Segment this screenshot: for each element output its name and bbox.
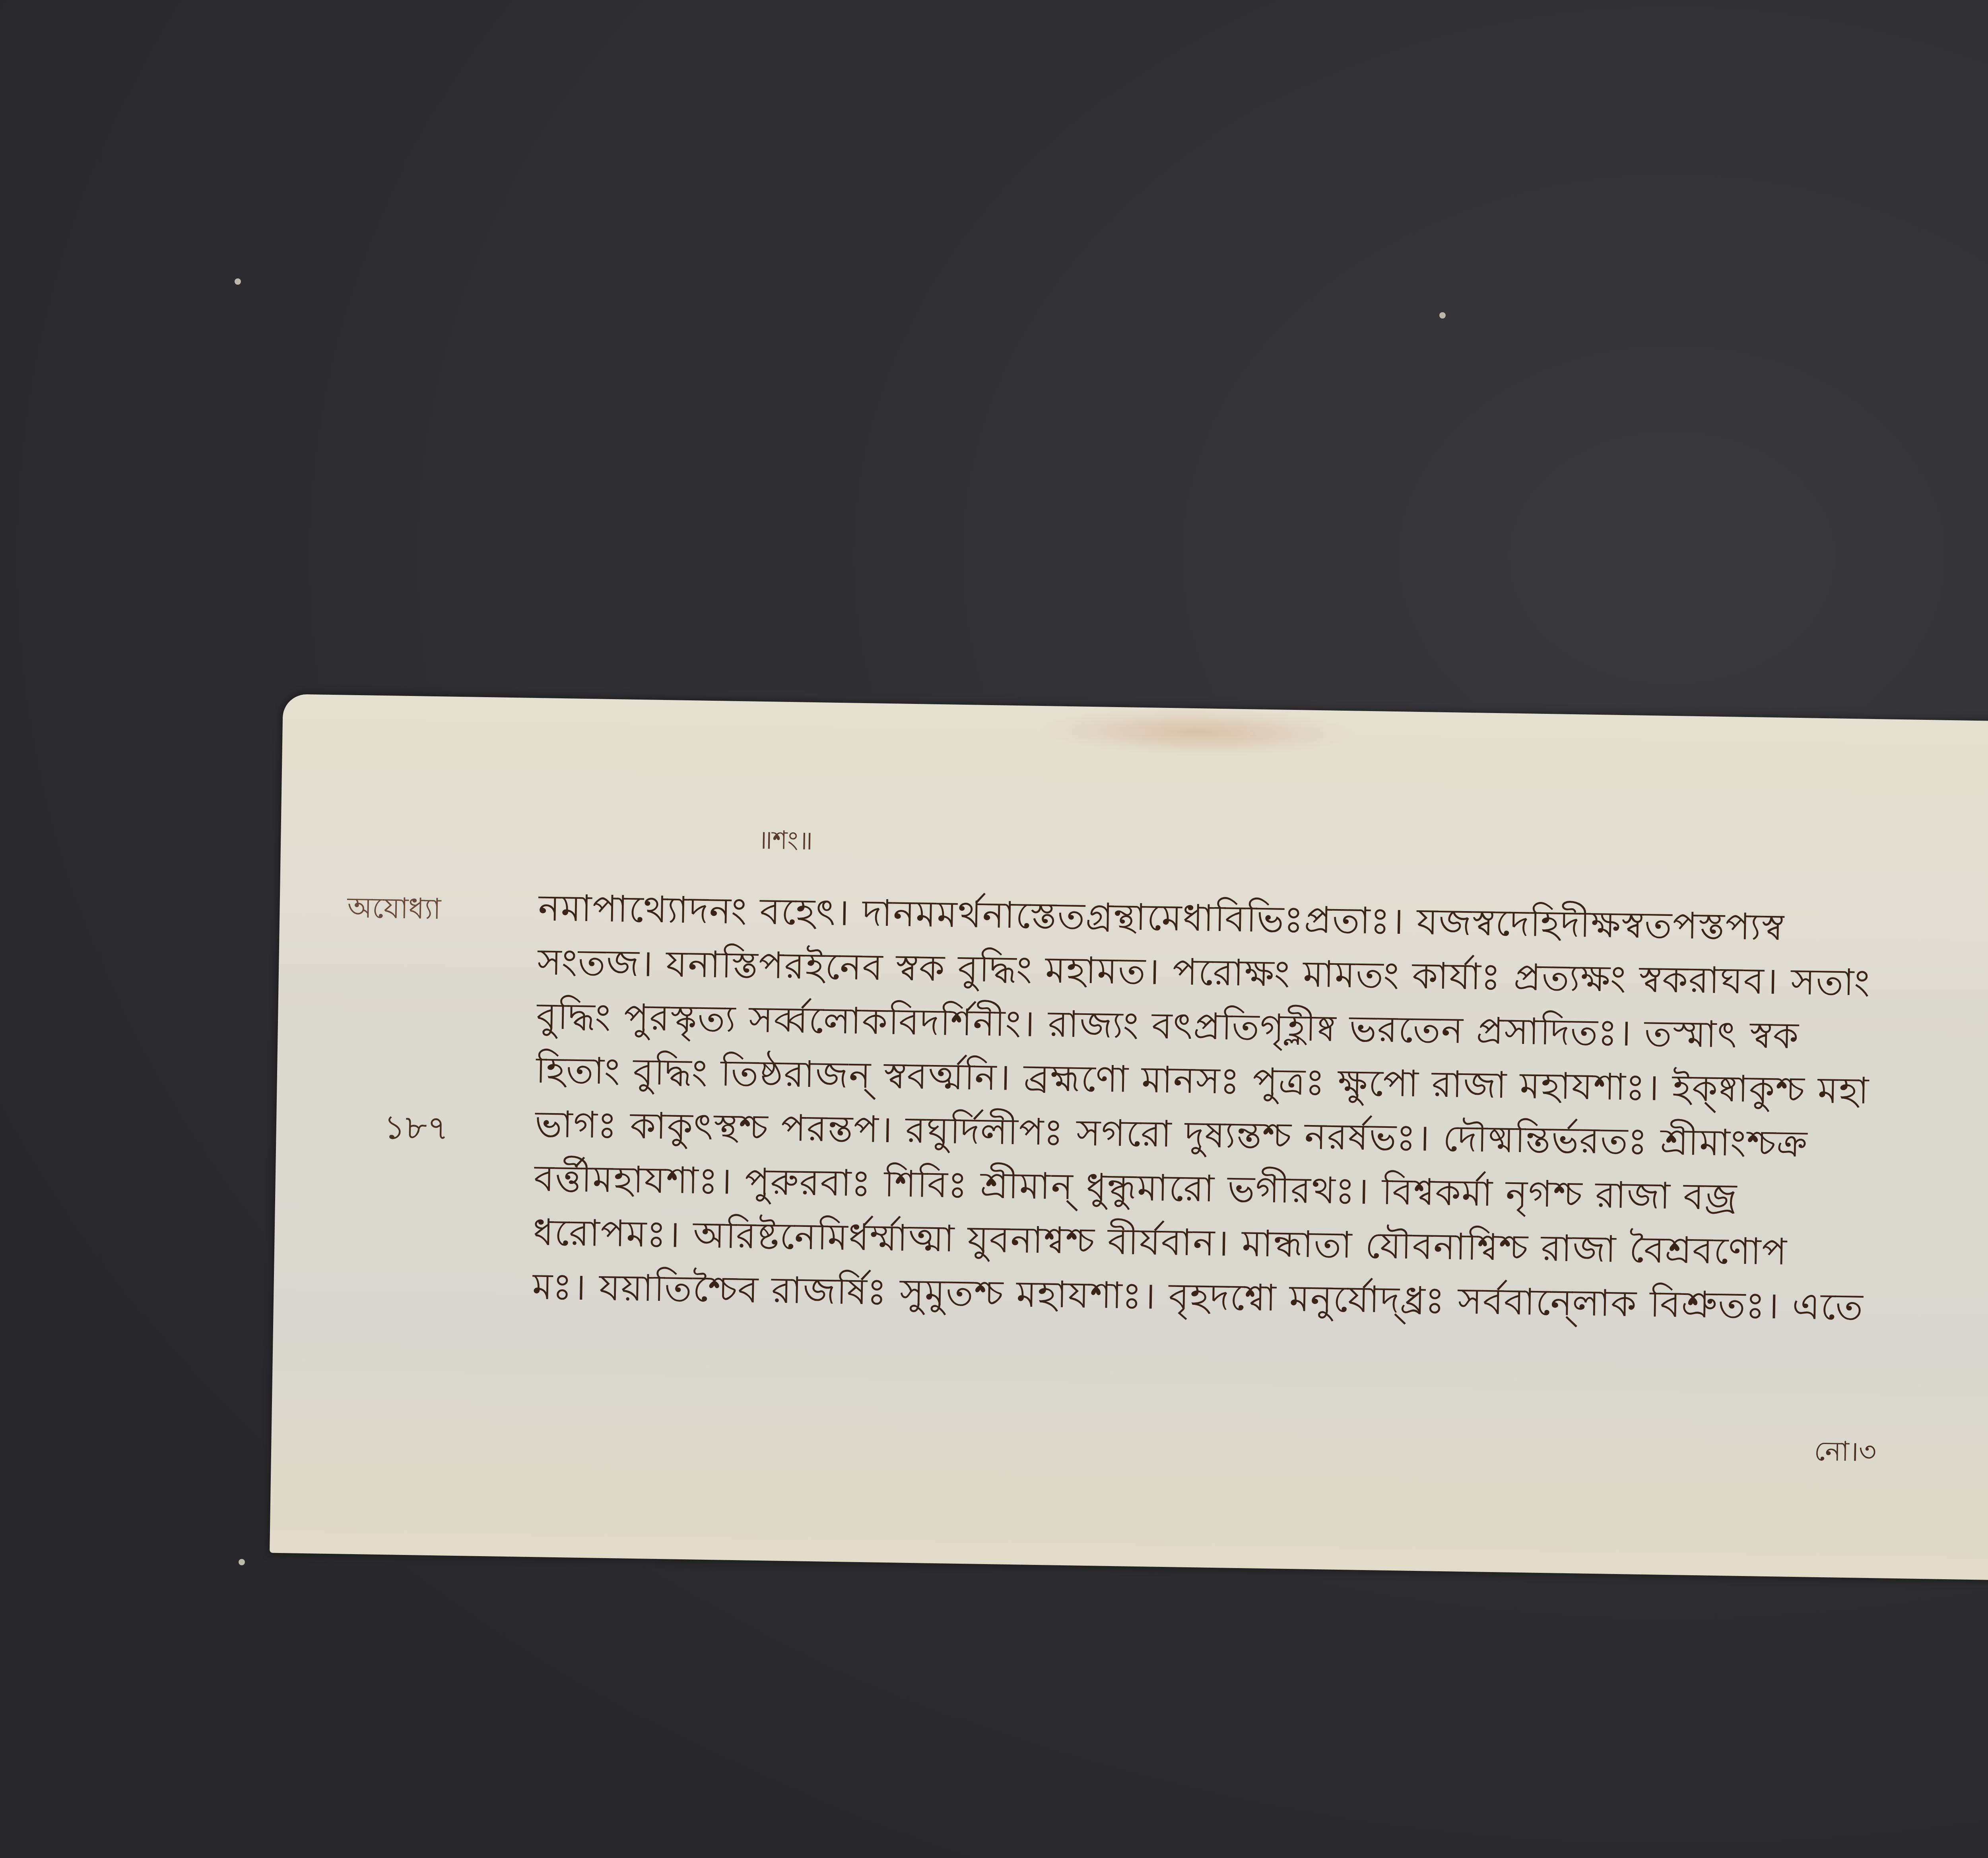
pin-dot xyxy=(239,1559,245,1565)
manuscript-text: নমাপাথ্যোদনং বহেৎ। দানমমর্থনাস্তেতগ্রন্থ… xyxy=(532,881,1988,1341)
water-stain xyxy=(1038,706,1357,759)
footer-note: নো।৩ xyxy=(1814,1430,1877,1476)
manuscript-folio: ॥শং॥ অযোধ্যা ১৮৭ ৩২২ নমাপাথ্যোদনং বহেৎ। … xyxy=(270,694,1988,1587)
margin-label-left: অযোধ্যা xyxy=(347,886,442,935)
header-mark: ॥শং॥ xyxy=(757,821,813,864)
folio-number-left: ১৮৭ xyxy=(383,1101,449,1158)
pin-dot xyxy=(1439,312,1446,319)
pin-dot xyxy=(235,278,241,285)
